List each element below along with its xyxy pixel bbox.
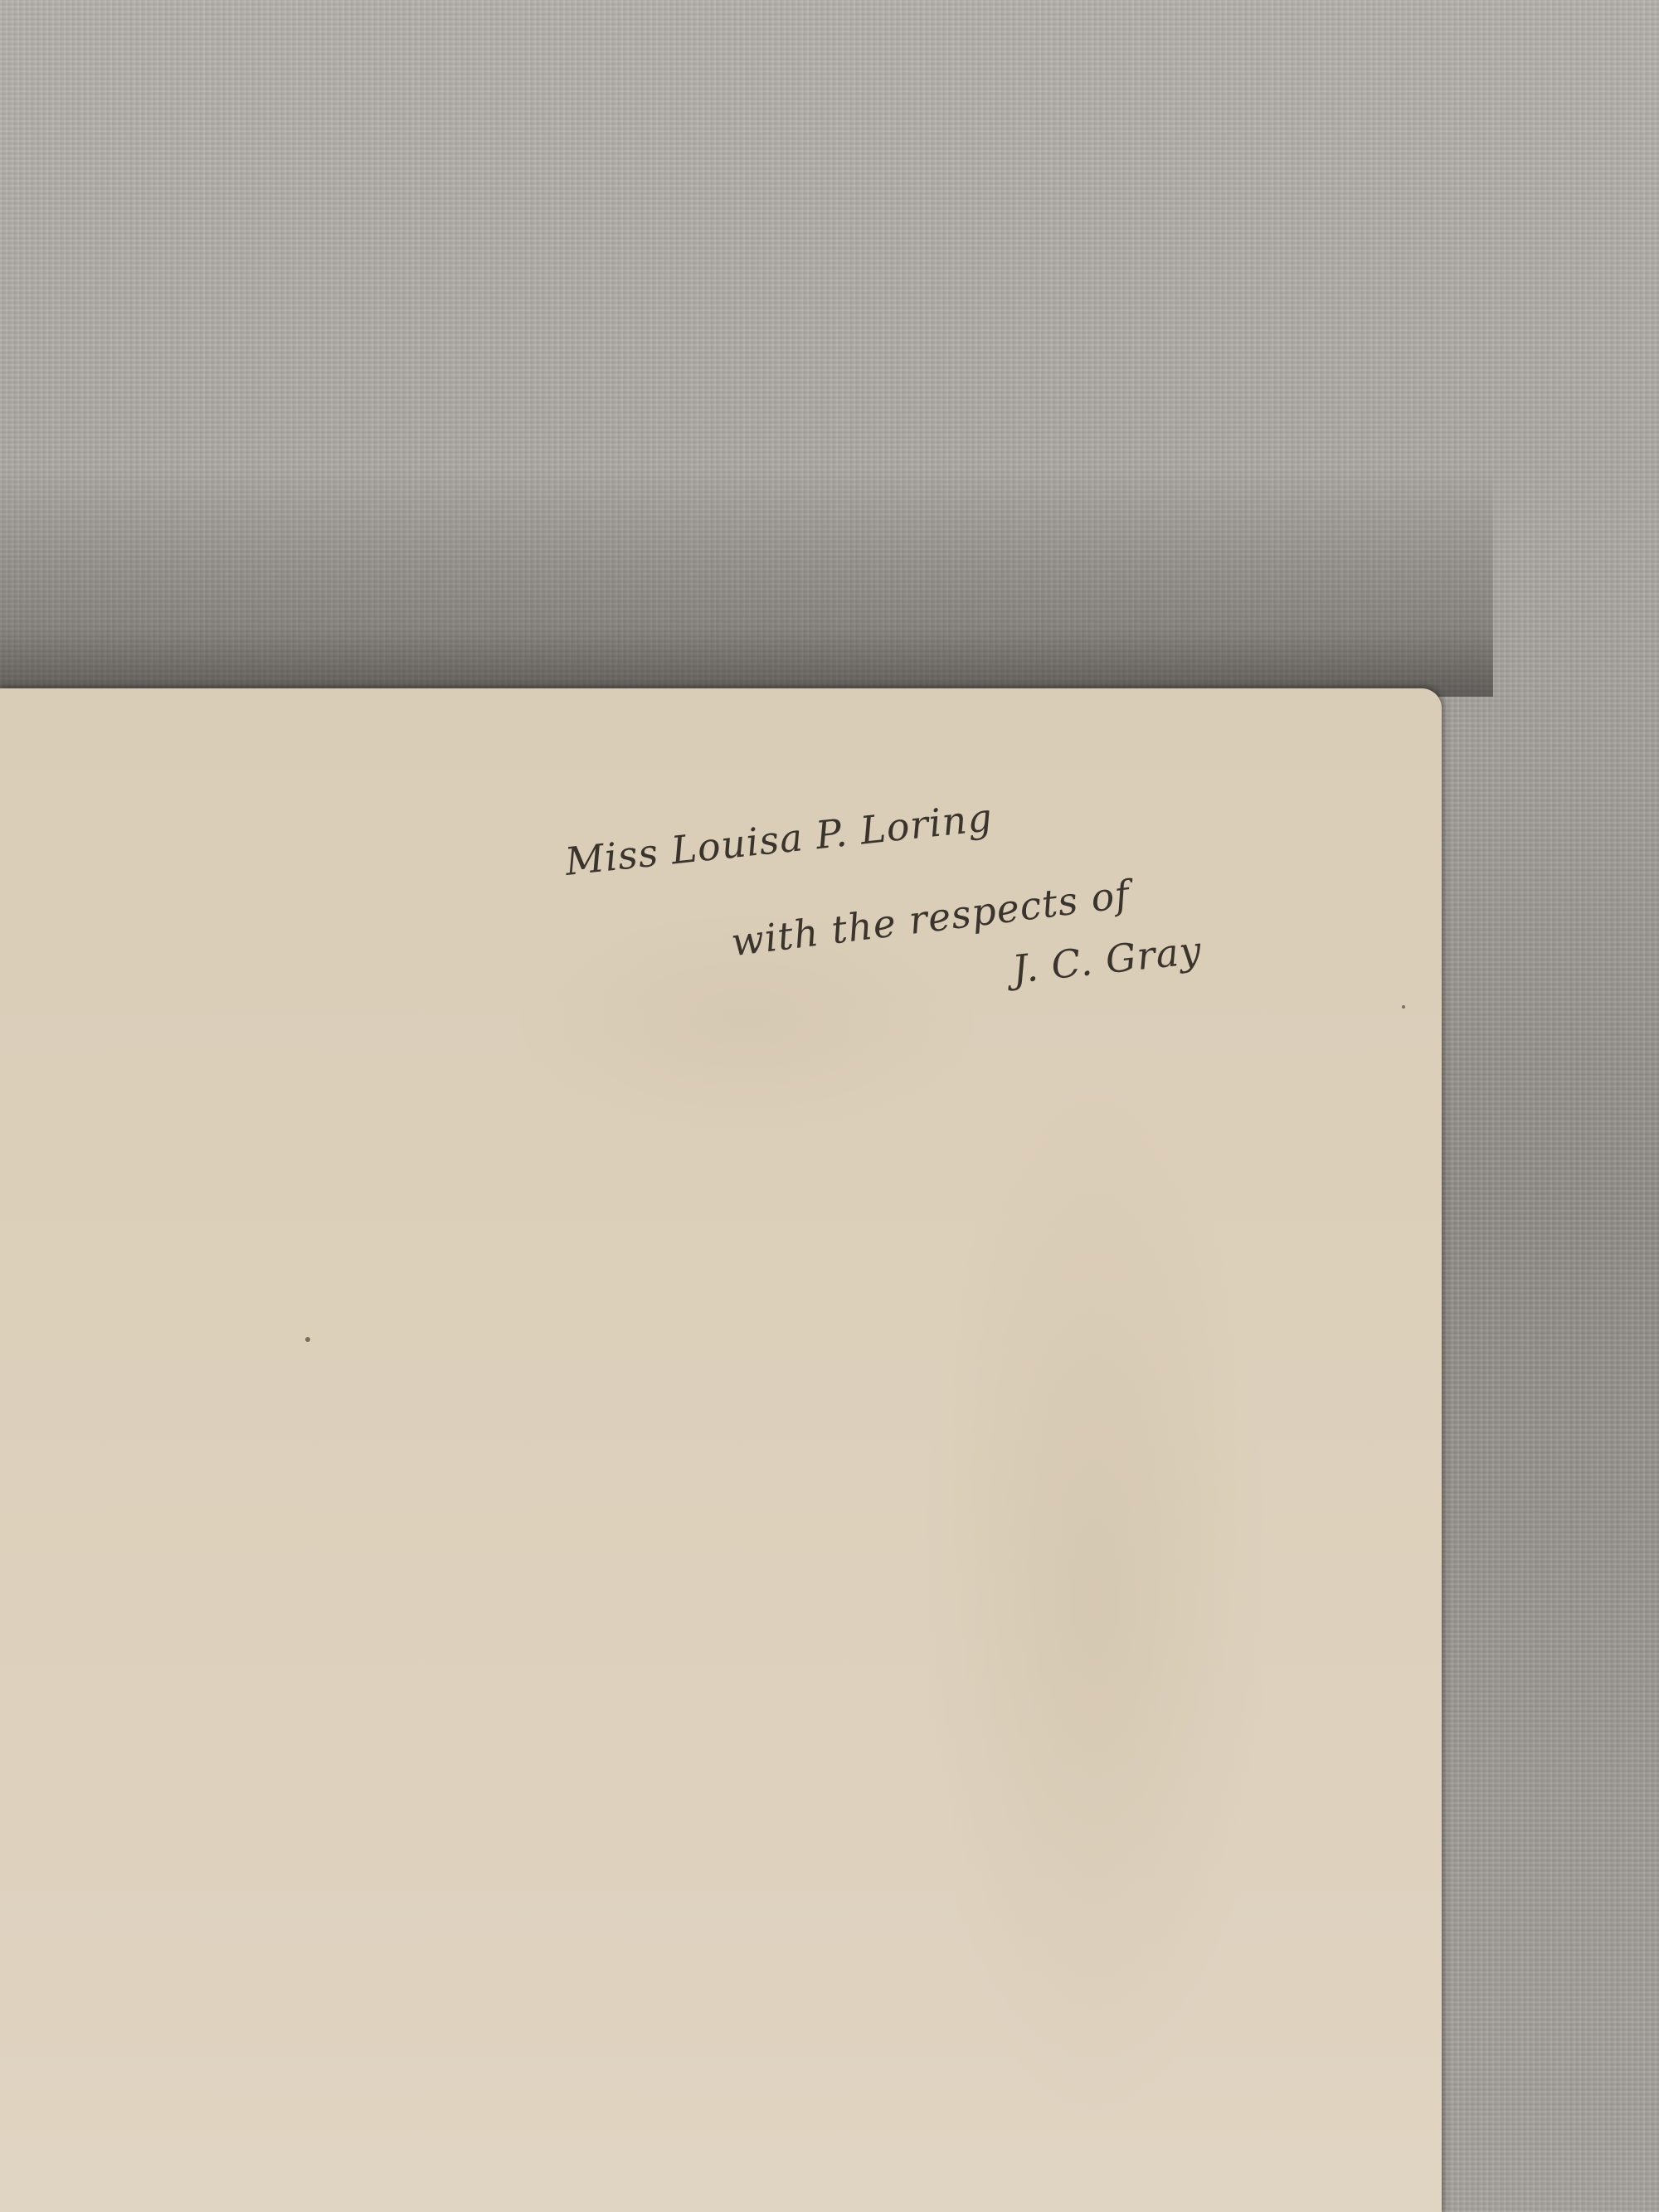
paper-speck [1402, 1005, 1405, 1009]
book-flyleaf [0, 688, 1442, 2212]
shadow [0, 464, 1493, 697]
paper-speck [305, 1337, 310, 1342]
